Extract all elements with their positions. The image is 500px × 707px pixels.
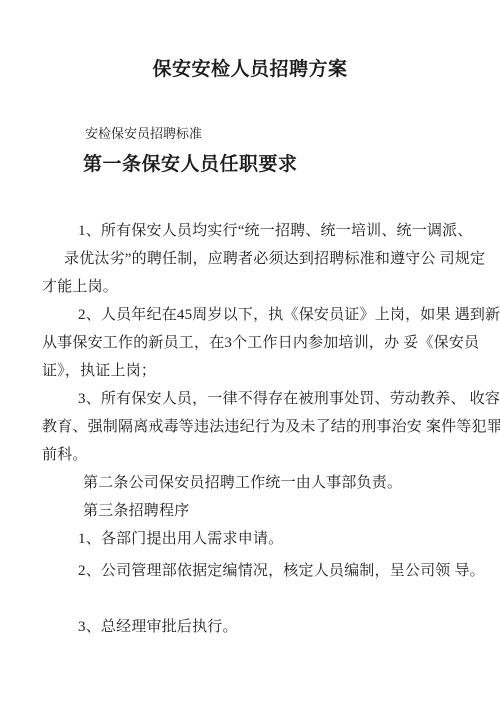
procedure-step-1: 1、各部门提出用人需求申请。: [0, 525, 500, 553]
paragraph-2-line-3: 证》，执证上岗；: [0, 357, 500, 385]
paragraph-3-line-2: 教育、强制隔离戒毒等违法违纪行为及未了结的刑事治安 案件等犯罪: [0, 413, 500, 441]
section-1-heading: 第一条保安人员任职要求: [0, 152, 500, 178]
article-3-heading: 第三条招聘程序: [0, 497, 500, 525]
paragraph-1-line-3: 才能上岗。: [0, 273, 500, 301]
procedure-step-2: 2、公司管理部依据定编情况，核定人员编制，呈公司领 导。: [0, 557, 500, 585]
procedure-step-3: 3、总经理审批后执行。: [0, 613, 500, 641]
paragraph-3-line-1: 3、所有保安人员，一律不得存在被刑事处罚、劳动教养、 收容: [0, 385, 500, 413]
document-page: 保安安检人员招聘方案 安检保安员招聘标准 第一条保安人员任职要求 1、所有保安人…: [0, 0, 500, 707]
document-body: 1、所有保安人员均实行“统一招聘、统一培训、统一调派、 录优汰劣”的聘任制，应聘…: [0, 217, 500, 641]
paragraph-1-line-2: 录优汰劣”的聘任制，应聘者必须达到招聘标准和遵守公 司规定: [0, 245, 500, 273]
paragraph-1-line-1: 1、所有保安人员均实行“统一招聘、统一培训、统一调派、: [0, 217, 500, 245]
document-title: 保安安检人员招聘方案: [0, 0, 500, 83]
document-subtitle: 安检保安员招聘标准: [0, 126, 500, 142]
article-2-line: 第二条公司保安员招聘工作统一由人事部负责。: [0, 469, 500, 497]
paragraph-2-line-2: 从事保安工作的新员工，在3个工作日内参加培训，办 妥《保安员: [0, 329, 500, 357]
paragraph-2-line-1: 2、人员年纪在45周岁以下，执《保安员证》上岗，如果 遇到新: [0, 301, 500, 329]
paragraph-3-line-3: 前科。: [0, 441, 500, 469]
